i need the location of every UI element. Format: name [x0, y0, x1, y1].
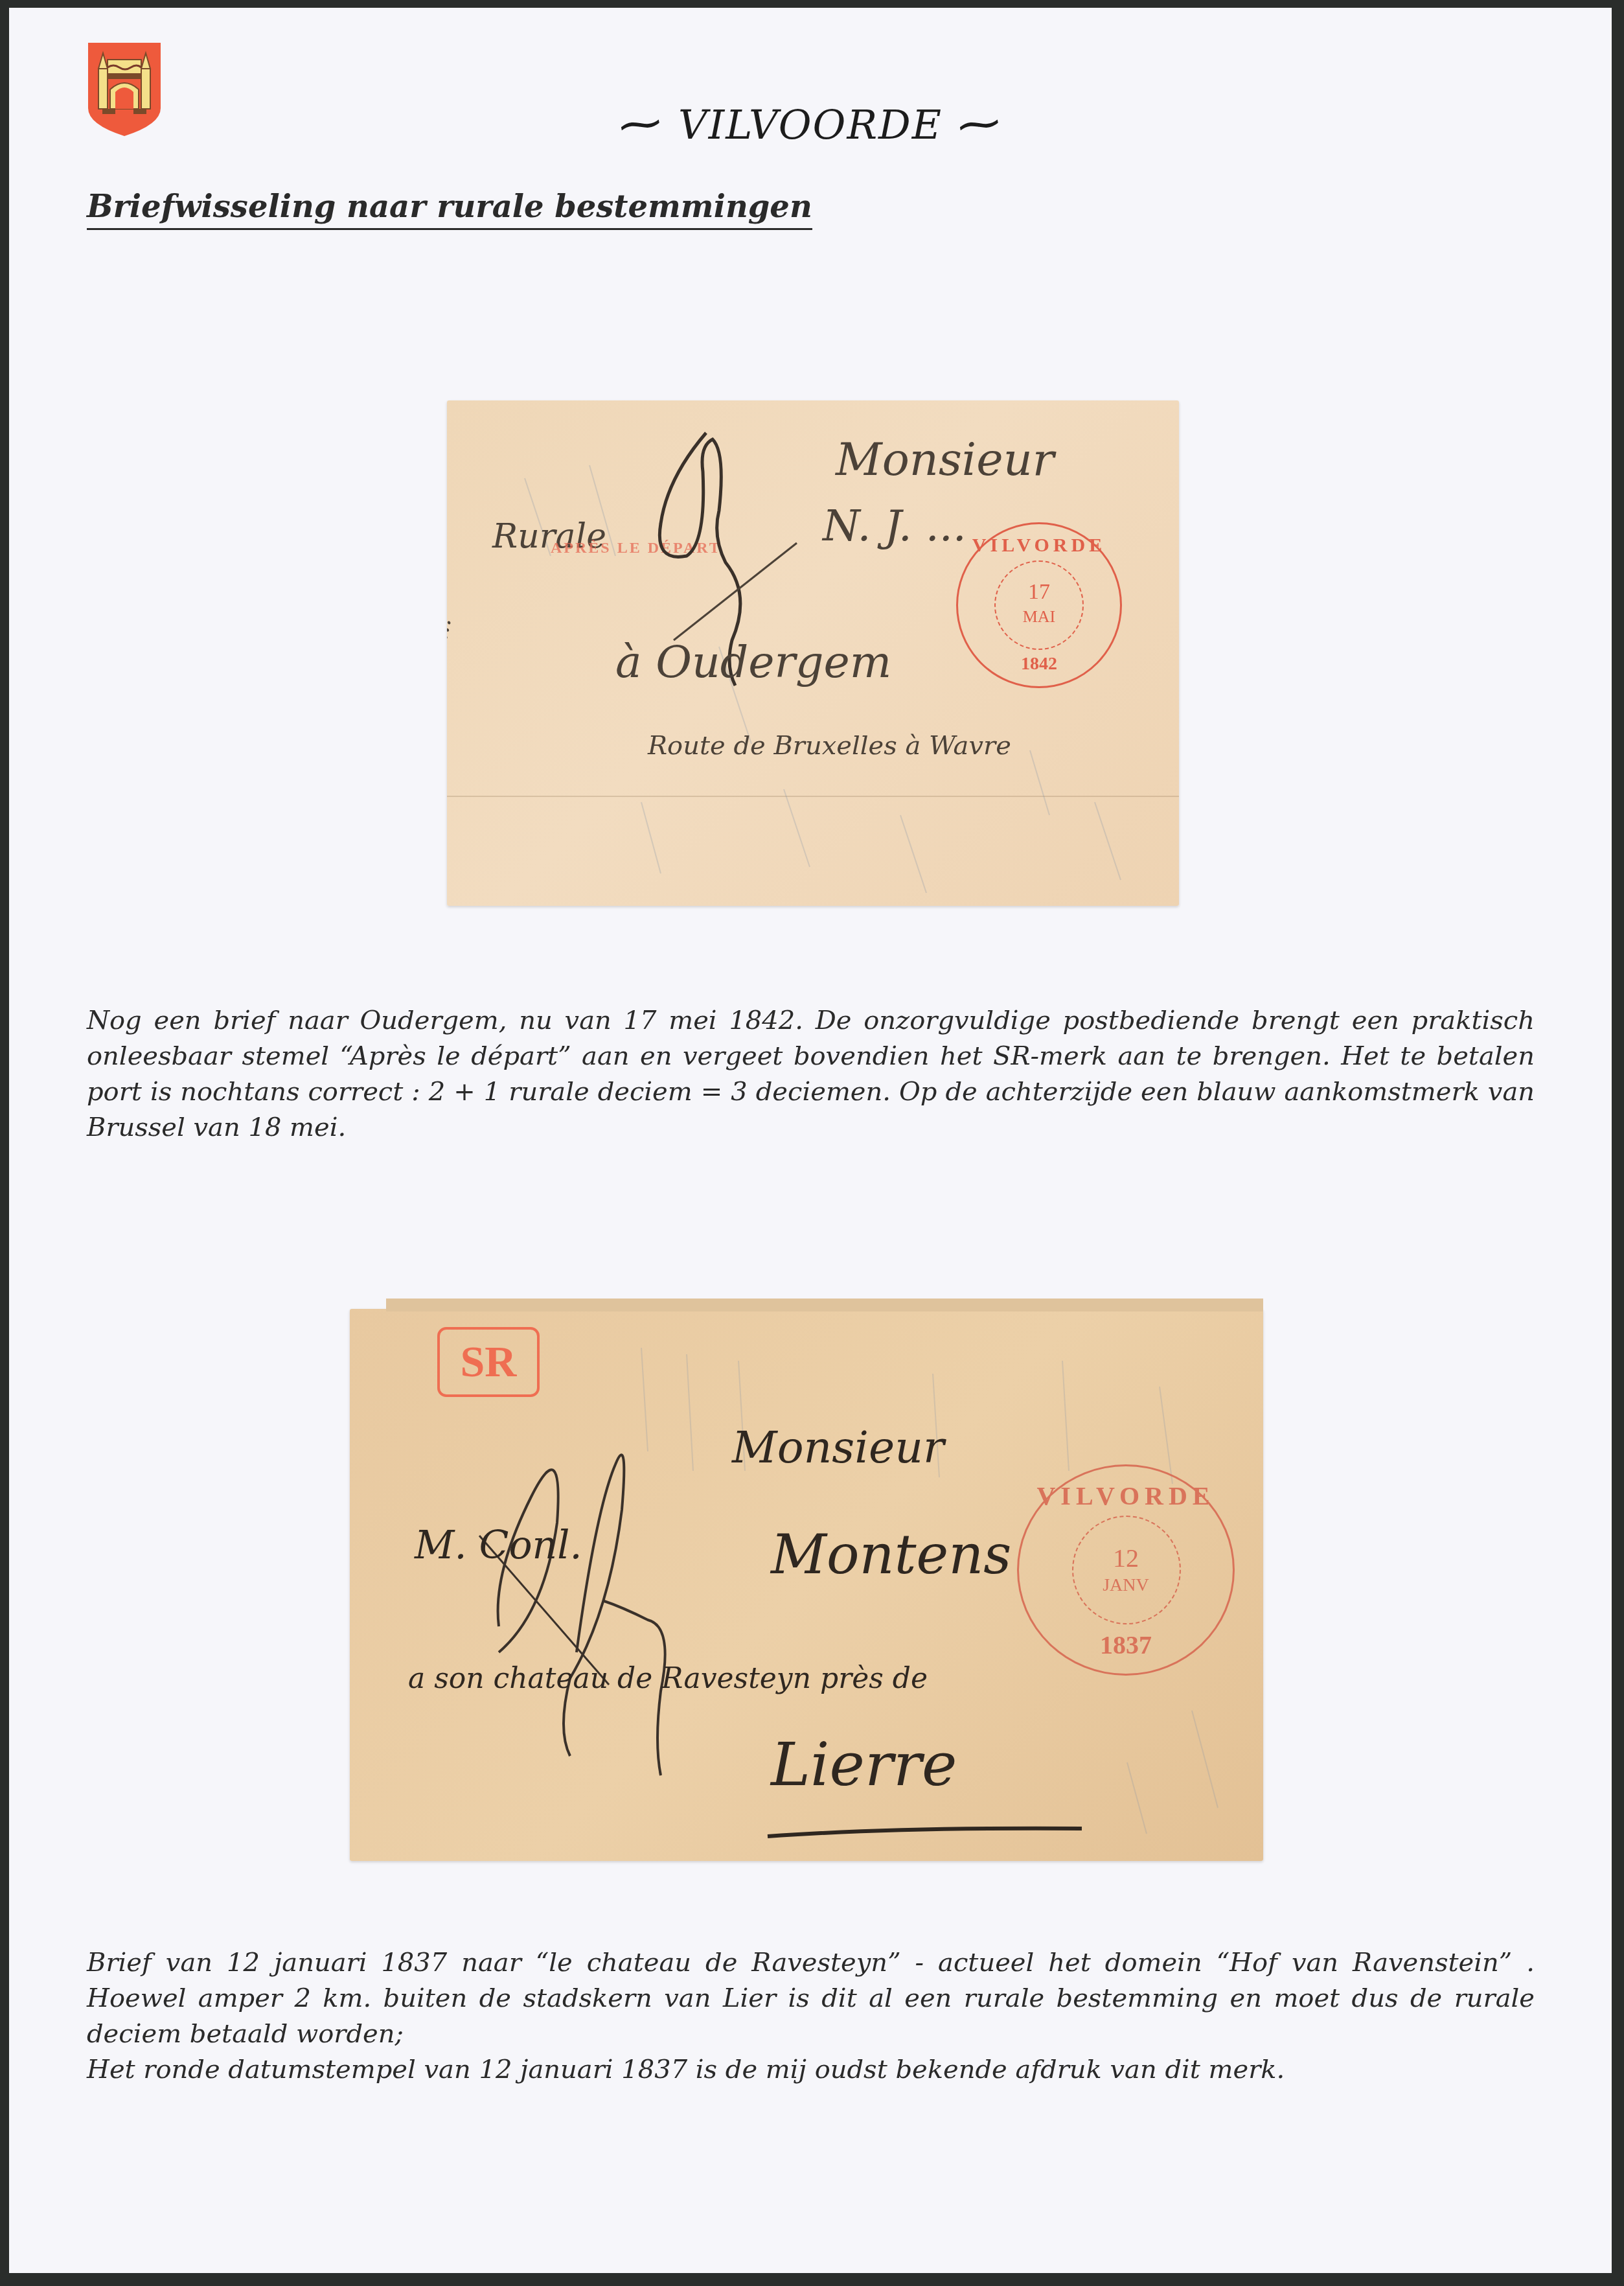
- caption-text: Nog een brief naar Oudergem, nu van 17 m…: [87, 1003, 1535, 1146]
- vilvorde-postmark-1842: VILVORDE 17 MAI 1842: [956, 522, 1122, 688]
- route-note: Route de Bruxelles à Wavre: [648, 731, 1011, 761]
- address-underline: [764, 1822, 1088, 1841]
- rate-mark-flourish: [402, 1406, 674, 1795]
- address-line-3: à Oudergem: [615, 637, 891, 688]
- letter-cover-1842: Sr. ... à ... Rurale APRÈS LE DÉPART Mon…: [447, 400, 1179, 906]
- caption-letter-1837: Brief van 12 januari 1837 naar “le chate…: [87, 1945, 1535, 2088]
- title-ornament-left: ~: [610, 96, 672, 152]
- caption-letter-1842: Nog een brief naar Oudergem, nu van 17 m…: [87, 1003, 1535, 1146]
- address-line-3: a son chateau de Ravesteyn près de: [408, 1662, 928, 1695]
- exhibit-page: ~VILVOORDE~ Briefwisseling naar rurale b…: [9, 8, 1612, 2273]
- postmark-month: MAI: [958, 607, 1120, 627]
- vilvorde-postmark-1837: VILVORDE 12 JANV 1837: [1017, 1464, 1235, 1676]
- postmark-town: VILVORDE: [958, 535, 1120, 557]
- section-subtitle: Briefwisseling naar rurale bestemmingen: [87, 187, 812, 230]
- address-line-2: Montens: [771, 1523, 1011, 1586]
- postmark-day: 12: [1019, 1543, 1233, 1573]
- postmark-year: 1837: [1019, 1630, 1233, 1660]
- postmark-town: VILVORDE: [1019, 1481, 1233, 1511]
- postmark-day: 17: [958, 580, 1120, 605]
- page-title: ~VILVOORDE~: [9, 98, 1612, 150]
- address-line-1: Monsieur: [732, 1422, 944, 1473]
- caption-text-1: Brief van 12 januari 1837 naar “le chate…: [87, 1945, 1535, 2052]
- sender-note: M. Conl.: [415, 1523, 582, 1568]
- address-line-4: Lierre: [771, 1730, 957, 1799]
- letter-cover-1837: SR M. Conl. Monsieur Montens a son chate…: [350, 1309, 1263, 1861]
- title-ornament-right: ~: [948, 96, 1011, 152]
- postmark-month: JANV: [1019, 1575, 1233, 1596]
- caption-text-2: Het ronde datumstempel van 12 januari 18…: [87, 2052, 1535, 2088]
- address-line-2: N. J. ...: [823, 501, 966, 551]
- sr-rural-marking: SR: [437, 1327, 540, 1397]
- title-text: VILVOORDE: [678, 101, 943, 148]
- postmark-year: 1842: [958, 654, 1120, 675]
- address-line-1: Monsieur: [836, 433, 1054, 486]
